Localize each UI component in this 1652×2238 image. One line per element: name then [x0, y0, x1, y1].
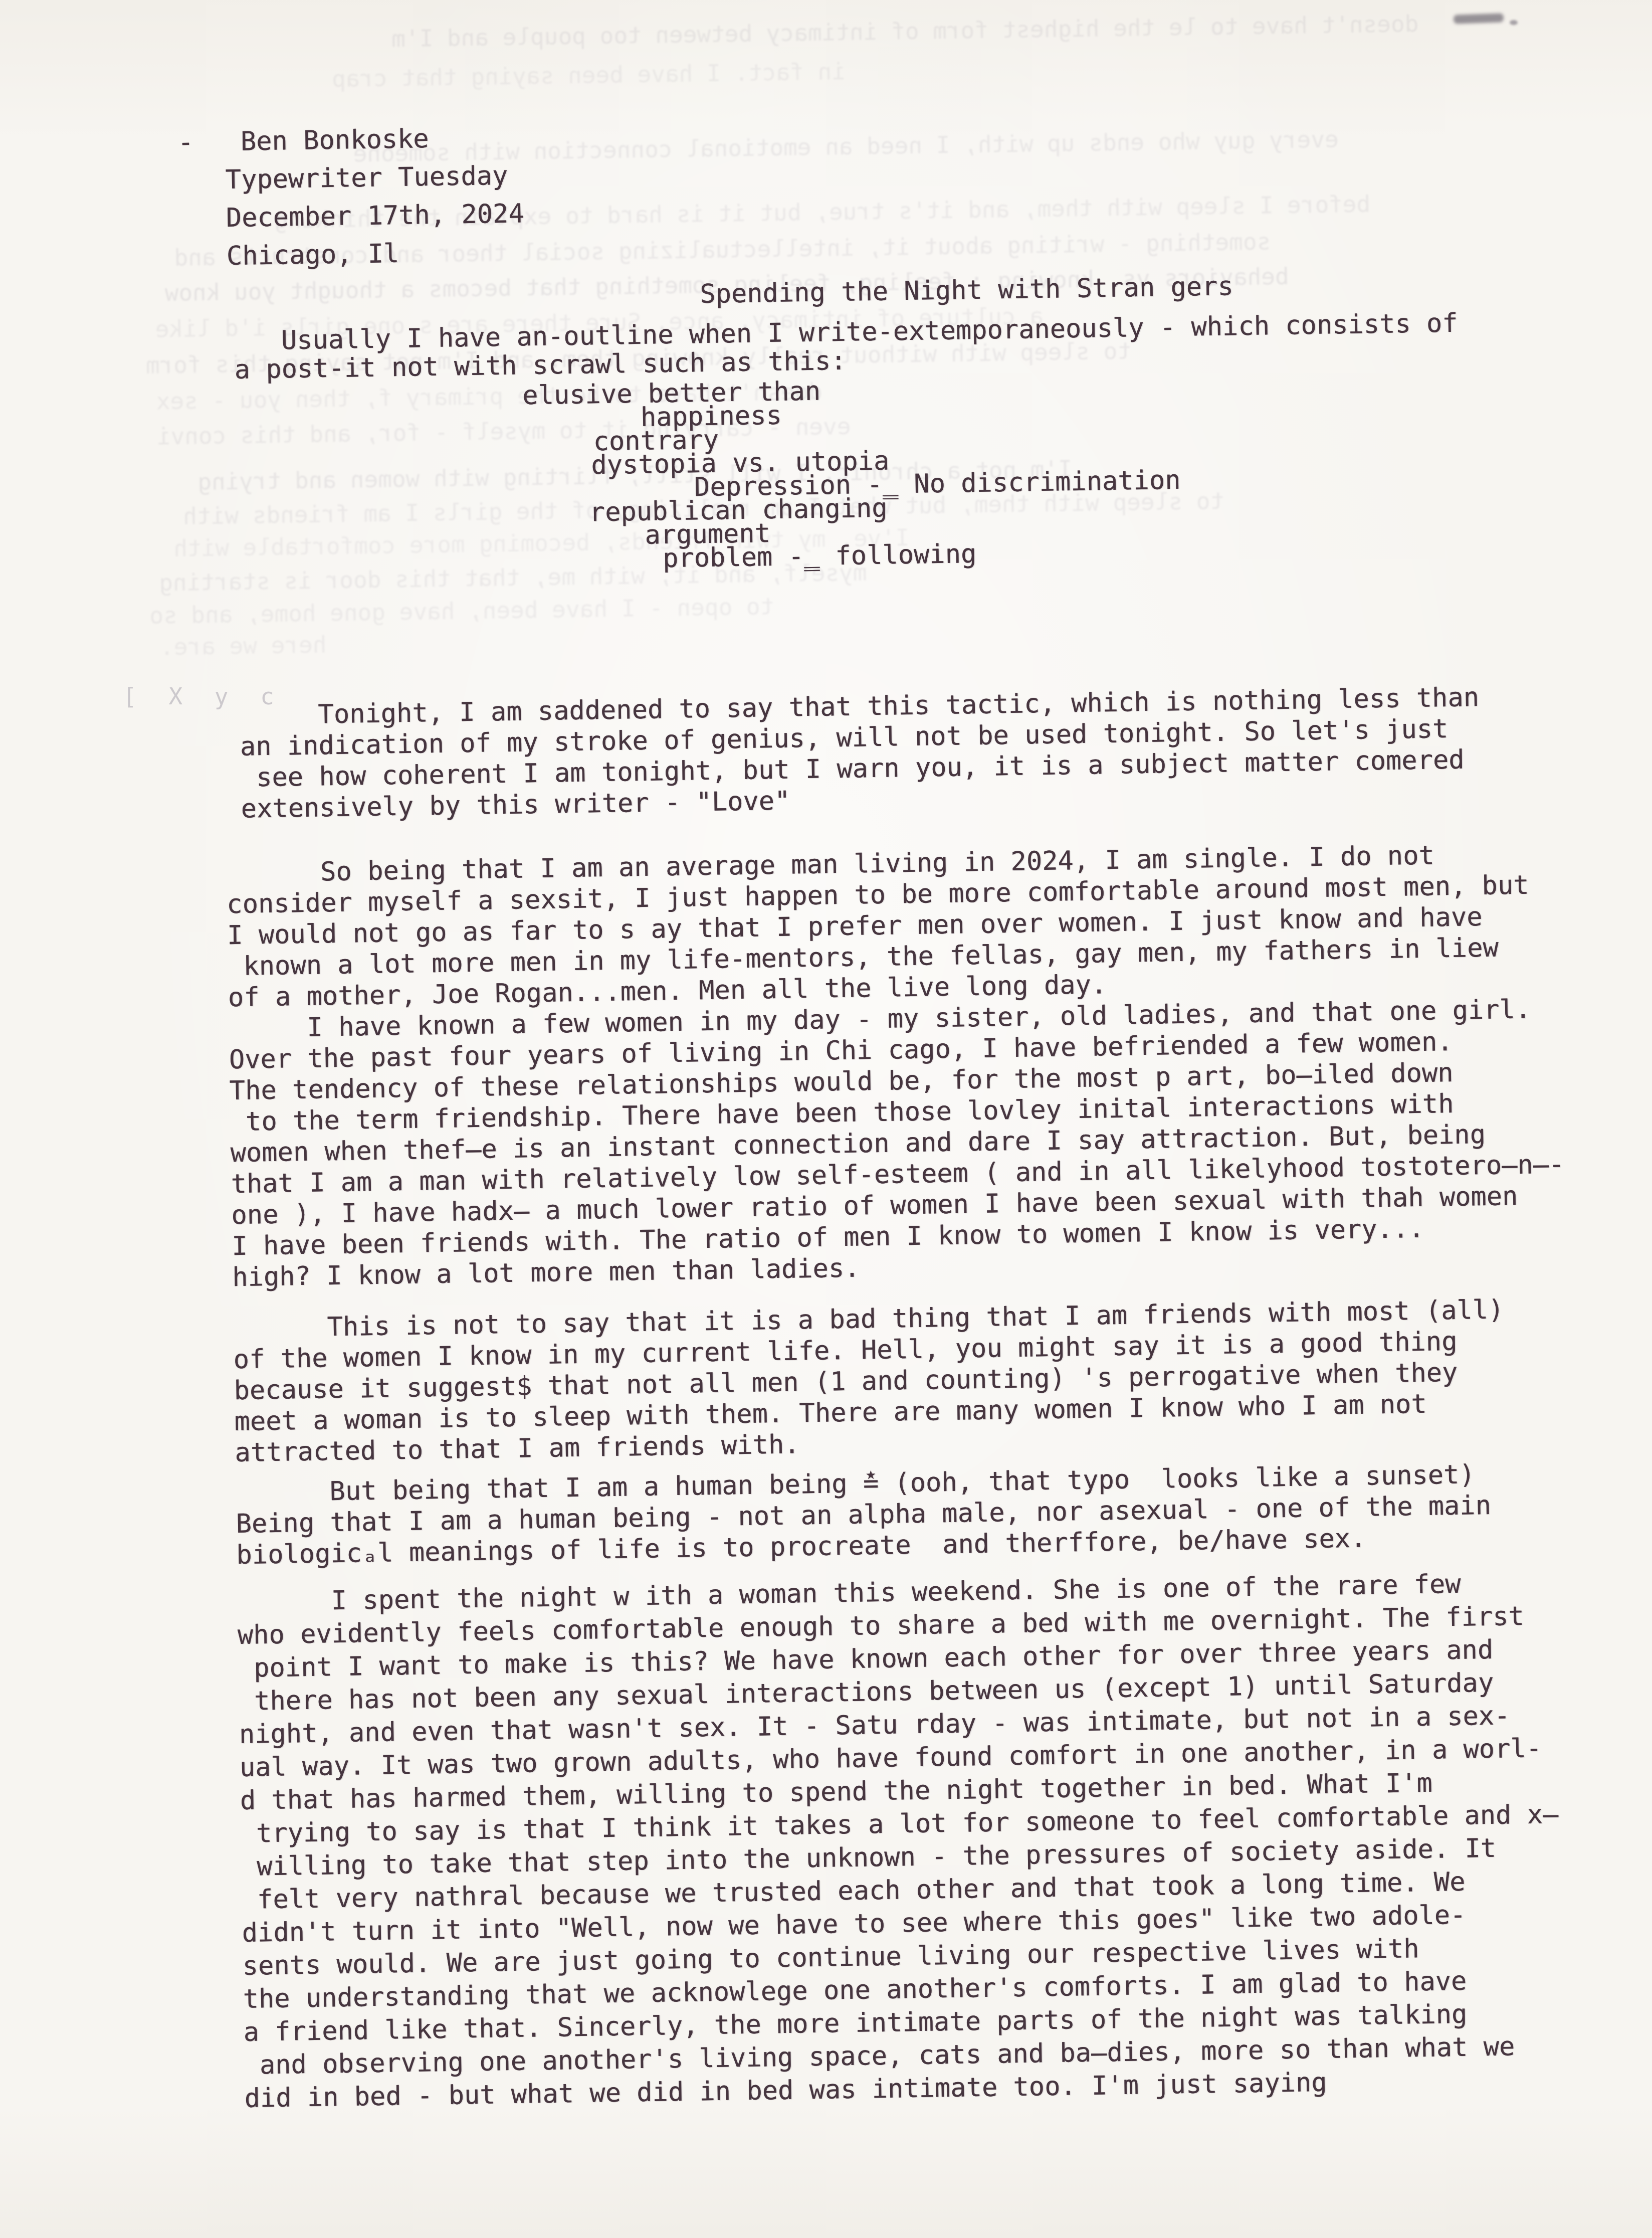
paragraph-human-being: But being that I am a human being ≛ (ooh… — [235, 1456, 1652, 1571]
paragraph-known-few-women: I have known a few women in my day - my … — [229, 992, 1652, 1293]
paragraph-not-bad-thing: This is not to say that it is a bad thin… — [233, 1292, 1652, 1468]
page-content: - Ben Bonkoske Typewriter Tuesday Decemb… — [0, 0, 1652, 2238]
outline-list: elusive better thanhappinesscontrarydyst… — [219, 367, 1652, 577]
essay-title: Spending the Night with Stran gers — [700, 265, 1652, 309]
paragraph-spent-the-night: I spent the night w ith a woman this wee… — [237, 1565, 1652, 2115]
typewritten-page: doesn't have to le the highest form of i… — [0, 0, 1652, 2238]
byline-block: - Ben Bonkoske Typewriter Tuesday Decemb… — [177, 102, 1652, 276]
paragraph-tonight: Tonight, I am saddened to say that this … — [224, 679, 1652, 825]
paragraph-average-man: So being that I am an average man living… — [226, 837, 1652, 1013]
